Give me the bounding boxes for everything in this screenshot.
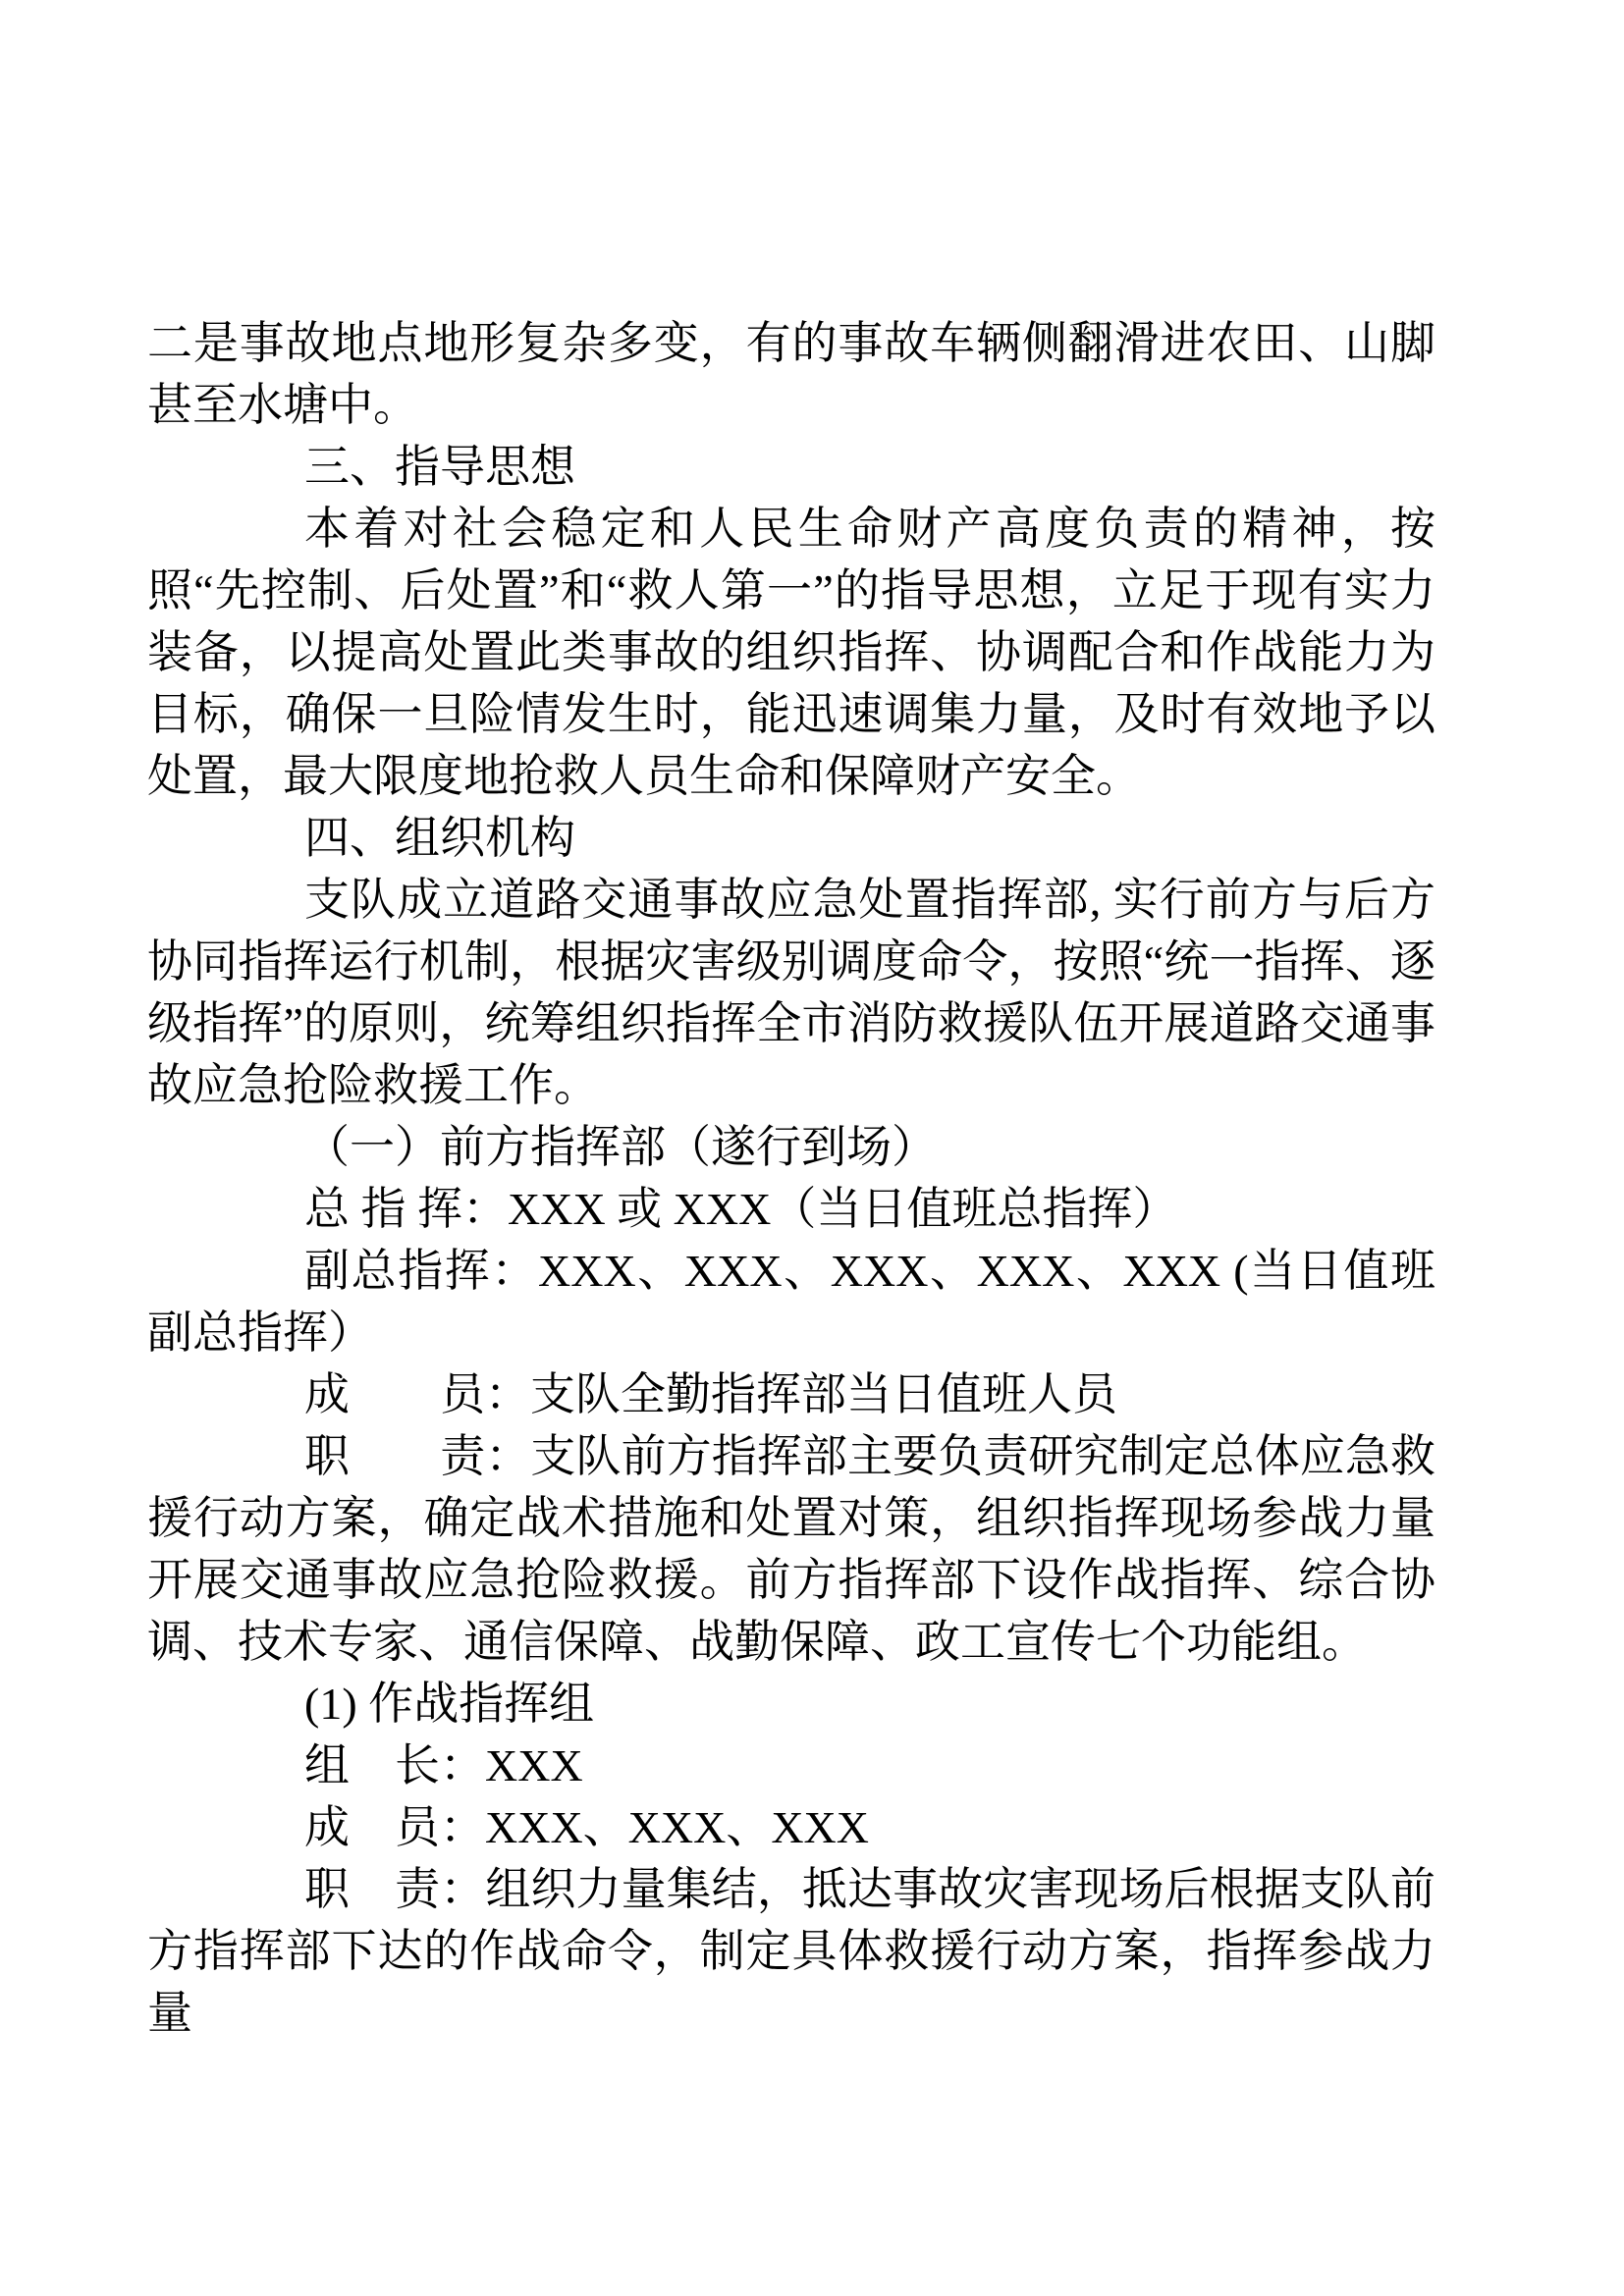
line-chief-commander: 总 指 挥：XXX 或 XXX（当日值班总指挥） [147,1178,1435,1240]
paragraph-terrain-complexity: 二是事故地点地形复杂多变，有的事故车辆侧翻滑进农田、山脚甚至水塘中。 [147,312,1435,436]
heading-front-command-post: （一）前方指挥部（遂行到场） [147,1116,1435,1178]
line-group-members: 成 员：XXX、XXX、XXX [147,1796,1435,1858]
paragraph-guiding-ideology-body: 本着对社会稳定和人民生命财产高度负责的精神，按照“先控制、后处置”和“救人第一”… [147,498,1435,807]
line-members-front-command: 成 员：支队全勤指挥部当日值班人员 [147,1363,1435,1425]
document-page: 二是事故地点地形复杂多变，有的事故车辆侧翻滑进农田、山脚甚至水塘中。 三、指导思… [0,0,1624,2296]
line-deputy-commanders: 副总指挥：XXX、XXX、XXX、XXX、XXX (当日值班副总指挥） [147,1240,1435,1363]
heading-organization: 四、组织机构 [147,807,1435,869]
paragraph-organization-body: 支队成立道路交通事故应急处置指挥部, 实行前方与后方协同指挥运行机制，根据灾害级… [147,869,1435,1116]
heading-guiding-ideology: 三、指导思想 [147,436,1435,498]
heading-combat-command-group: (1) 作战指挥组 [147,1673,1435,1735]
line-group-leader: 组 长：XXX [147,1735,1435,1796]
paragraph-duties-front-command: 职 责：支队前方指挥部主要负责研究制定总体应急救援行动方案，确定战术措施和处置对… [147,1425,1435,1673]
paragraph-duties-combat-group: 职 责：组织力量集结，抵达事故灾害现场后根据支队前方指挥部下达的作战命令，制定具… [147,1858,1435,2044]
document-text-block: 二是事故地点地形复杂多变，有的事故车辆侧翻滑进农田、山脚甚至水塘中。 三、指导思… [147,312,1435,2044]
